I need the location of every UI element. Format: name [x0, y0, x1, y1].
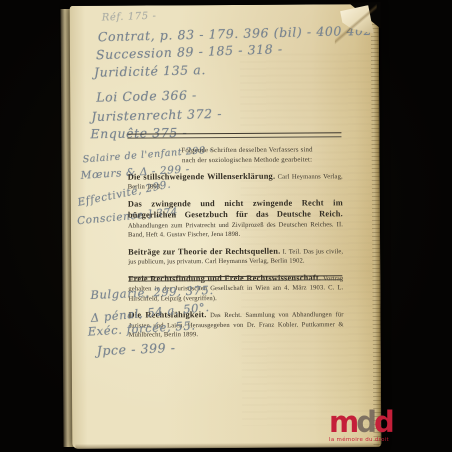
page-stack-right-edge: [371, 4, 382, 447]
handwritten-note: Réf. 175 -: [102, 11, 157, 24]
work-title: Die stillschweigende Willenserklärung.: [128, 171, 276, 181]
mdd-watermark: mdd la mémoire du droit: [329, 408, 392, 444]
book-back-page: Réf. 175 - Contrat, p. 83 - 179. 396 (bi…: [70, 4, 382, 449]
intro-line-2: nach der soziologischen Methode gearbeit…: [182, 156, 312, 164]
double-rule-divider: [127, 132, 341, 138]
handwritten-note: Jpce - 399 -: [96, 340, 175, 358]
watermark-tagline: la mémoire du droit: [329, 438, 392, 444]
work-entry: Das zwingende und nicht zwingende Recht …: [128, 197, 343, 240]
work-entry: Die stillschweigende Willenserklärung. C…: [128, 170, 343, 192]
handwritten-note: Contrat, p. 83 - 179. 396 (bil) - 400 40…: [98, 23, 377, 45]
logo-letter-m: m: [329, 405, 356, 439]
work-detail: Abhandlungen zum Privatrecht und Zivilpr…: [128, 221, 343, 239]
handwritten-note: Juristenrecht 372 -: [91, 106, 222, 124]
logo-letter-d2: d: [374, 405, 392, 439]
list-intro: Folgende Schriften desselben Verfassers …: [128, 145, 343, 166]
intro-line-1: Folgende Schriften desselben Verfassers …: [181, 146, 312, 154]
work-title: Das zwingende und nicht zwingende Recht …: [128, 198, 343, 220]
handwritten-note: Succession 89 - 185 - 318 -: [96, 41, 283, 62]
scanned-book-page-photo: { "page": { "background_color": "#070604…: [0, 0, 452, 452]
logo-letter-d1: d: [356, 405, 374, 439]
mdd-logo: mdd: [329, 408, 392, 437]
handwritten-note: Juridicité 135 a.: [94, 62, 206, 80]
work-entry: Beiträge zur Theorie der Rechtsquellen. …: [128, 245, 343, 267]
work-title: Beiträge zur Theorie der Rechtsquellen.: [128, 246, 280, 256]
handwritten-note: Loi Code 366 -: [96, 87, 197, 104]
